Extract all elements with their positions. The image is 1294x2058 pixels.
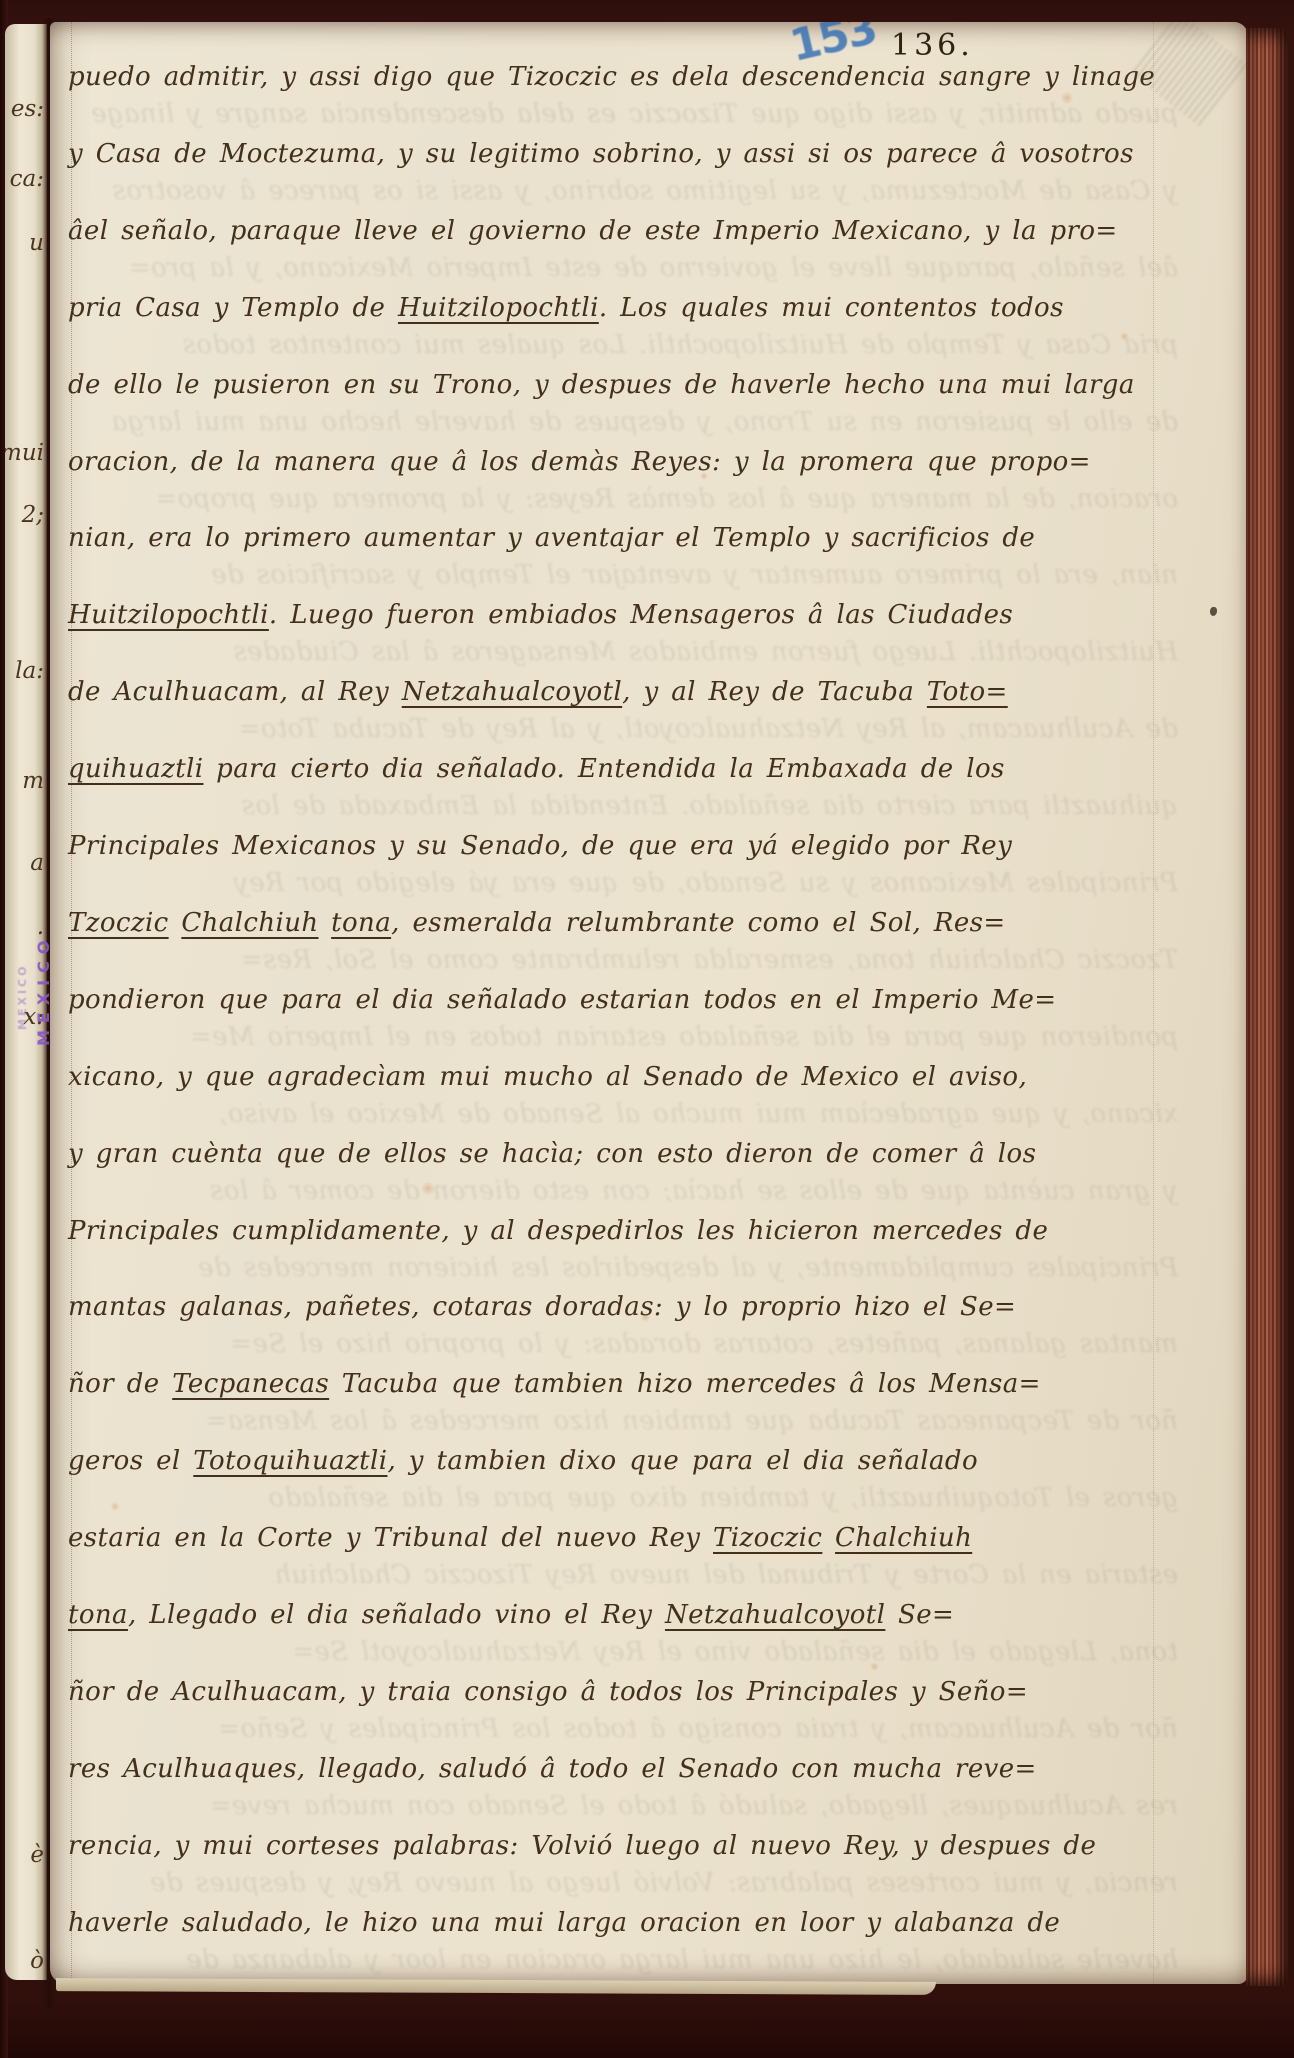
- prev-page-fragment: a: [5, 850, 44, 876]
- text-segment: haverle saludado, le hizo una mui larga …: [68, 1908, 1060, 1938]
- text-segment: y gran cuènta que de ellos se hacìa; con…: [68, 1139, 1036, 1169]
- text-segment: , y tambien dixo que para el dia señalad…: [387, 1446, 978, 1476]
- text-segment: rencia, y mui corteses palabras: Volvió …: [68, 1831, 1096, 1861]
- manuscript-line: rencia, y mui corteses palabras: Volvió …: [68, 1831, 1096, 1861]
- manuscript-line: ñor de Tecpanecas Tacuba que tambien hiz…: [68, 1369, 1041, 1399]
- manuscript-line: tona, Llegado el dia señalado vino el Re…: [68, 1600, 954, 1630]
- underlined-word: tona: [68, 1600, 128, 1630]
- manuscript-page: puedo admitir, y assi digo que Tizoczic …: [50, 22, 1248, 1984]
- manuscript-line: pondieron que para el dia señalado estar…: [68, 985, 1056, 1015]
- underlined-word: Toto=: [927, 677, 1008, 707]
- underlined-word: quihuaztli: [68, 754, 203, 784]
- text-segment: , Llegado el dia señalado vino el Rey: [128, 1600, 665, 1630]
- underlined-word: tona: [331, 908, 391, 938]
- text-segment: para cierto dia señalado. Entendida la E…: [203, 754, 1004, 784]
- underlined-word: Chalchiuh: [835, 1523, 972, 1553]
- text-segment: de Aculhuacam, al Rey: [68, 677, 402, 707]
- text-segment: . Luego fueron embiados Mensageros â las…: [269, 600, 1013, 630]
- text-segment: nian, era lo primero aumentar y aventaja…: [68, 523, 1035, 553]
- text-segment: , y al Rey de Tacuba: [622, 677, 927, 707]
- underlined-word: Netzahualcoyotl: [665, 1600, 885, 1630]
- manuscript-line: y gran cuènta que de ellos se hacìa; con…: [68, 1139, 1036, 1169]
- text-segment: [318, 908, 331, 938]
- text-segment: Principales Mexicanos y su Senado, de qu…: [68, 831, 1012, 861]
- prev-page-fragment: m: [5, 768, 44, 794]
- text-segment: pria Casa y Templo de: [68, 293, 398, 323]
- manuscript-photo-scan: es:ca:umui2;la:ma.x:èò puedo admitir, y …: [0, 0, 1294, 2058]
- prev-page-fragment: mui: [5, 440, 44, 466]
- underlined-word: Huitzilopochtli: [398, 293, 599, 323]
- manuscript-line: Principales Mexicanos y su Senado, de qu…: [68, 831, 1012, 861]
- text-segment: [822, 1523, 835, 1553]
- text-segment: ñor de: [68, 1369, 172, 1399]
- manuscript-line: âel señalo, paraque lleve el govierno de…: [68, 216, 1118, 246]
- manuscript-line: pria Casa y Templo de Huitzilopochtli. L…: [68, 293, 1064, 323]
- underlined-word: Totoquihuaztli: [193, 1446, 387, 1476]
- text-segment: puedo admitir, y assi digo que Tizoczic …: [68, 62, 1155, 92]
- manuscript-line: puedo admitir, y assi digo que Tizoczic …: [68, 62, 1155, 92]
- underlined-word: Tzoczic: [68, 908, 169, 938]
- fore-edge: [1246, 28, 1288, 1986]
- text-segment: y Casa de Moctezuma, y su legitimo sobri…: [68, 139, 1134, 169]
- prev-page-fragment: ò: [5, 1948, 44, 1974]
- text-segment: de ello le pusieron en su Trono, y despu…: [68, 370, 1135, 400]
- manuscript-line: res Aculhuaques, llegado, saludó â todo …: [68, 1754, 1037, 1784]
- text-segment: geros el: [68, 1446, 193, 1476]
- text-segment: xicano, y que agradecìam mui mucho al Se…: [68, 1062, 1027, 1092]
- text-segment: ñor de Aculhuacam, y traia consigo â tod…: [68, 1677, 1028, 1707]
- library-stamp: MEXICO: [34, 934, 53, 1046]
- manuscript-line: mantas galanas, pañetes, cotaras doradas…: [68, 1292, 1016, 1322]
- prev-page-fragment: è: [5, 1842, 44, 1868]
- text-segment: pondieron que para el dia señalado estar…: [68, 985, 1056, 1015]
- page-bottom-edge: [56, 1978, 936, 1995]
- folio-number: 136.: [891, 28, 974, 63]
- text-segment: âel señalo, paraque lleve el govierno de…: [68, 216, 1118, 246]
- prev-page-fragment: ca:: [5, 166, 44, 192]
- manuscript-line: quihuaztli para cierto dia señalado. Ent…: [68, 754, 1005, 784]
- library-stamp-faint: MEXICO: [16, 964, 29, 1030]
- manuscript-line: nian, era lo primero aumentar y aventaja…: [68, 523, 1035, 553]
- manuscript-line: de Aculhuacam, al Rey Netzahualcoyotl, y…: [68, 677, 1008, 707]
- text-segment: estaria en la Corte y Tribunal del nuevo…: [68, 1523, 713, 1553]
- prev-page-fragment: 2;: [5, 502, 44, 528]
- text-segment: oracion, de la manera que â los demàs Re…: [68, 447, 1091, 477]
- manuscript-line: y Casa de Moctezuma, y su legitimo sobri…: [68, 139, 1134, 169]
- manuscript-line: xicano, y que agradecìam mui mucho al Se…: [68, 1062, 1027, 1092]
- manuscript-line: Tzoczic Chalchiuh tona, esmeralda relumb…: [68, 908, 1006, 938]
- manuscript-line: geros el Totoquihuaztli, y tambien dixo …: [68, 1446, 978, 1476]
- prev-page-fragment: la:: [5, 658, 44, 684]
- text-segment: Principales cumplidamente, y al despedir…: [68, 1216, 1048, 1246]
- prev-page-fragment: es:: [5, 96, 44, 122]
- text-segment: , esmeralda relumbrante como el Sol, Res…: [391, 908, 1005, 938]
- manuscript-line: oracion, de la manera que â los demàs Re…: [68, 447, 1091, 477]
- underlined-word: Tizoczic: [713, 1523, 822, 1553]
- manuscript-line: Principales cumplidamente, y al despedir…: [68, 1216, 1048, 1246]
- prev-page-fragment: u: [5, 230, 44, 256]
- manuscript-line: de ello le pusieron en su Trono, y despu…: [68, 370, 1135, 400]
- text-segment: mantas galanas, pañetes, cotaras doradas…: [68, 1292, 1016, 1322]
- manuscript-line: estaria en la Corte y Tribunal del nuevo…: [68, 1523, 972, 1553]
- manuscript-line: Huitzilopochtli. Luego fueron embiados M…: [68, 600, 1013, 630]
- underlined-word: Tecpanecas: [172, 1369, 329, 1399]
- text-segment: Se=: [885, 1600, 954, 1630]
- underlined-word: Netzahualcoyotl: [402, 677, 622, 707]
- text-segment: Tacuba que tambien hizo mercedes â los M…: [329, 1369, 1041, 1399]
- manuscript-text: puedo admitir, y assi digo que Tizoczic …: [50, 22, 1248, 1984]
- text-segment: res Aculhuaques, llegado, saludó â todo …: [68, 1754, 1037, 1784]
- text-segment: . Los quales mui contentos todos: [599, 293, 1064, 323]
- manuscript-line: ñor de Aculhuacam, y traia consigo â tod…: [68, 1677, 1028, 1707]
- underlined-word: Huitzilopochtli: [68, 600, 269, 630]
- text-segment: [169, 908, 182, 938]
- underlined-word: Chalchiuh: [181, 908, 318, 938]
- manuscript-line: haverle saludado, le hizo una mui larga …: [68, 1908, 1060, 1938]
